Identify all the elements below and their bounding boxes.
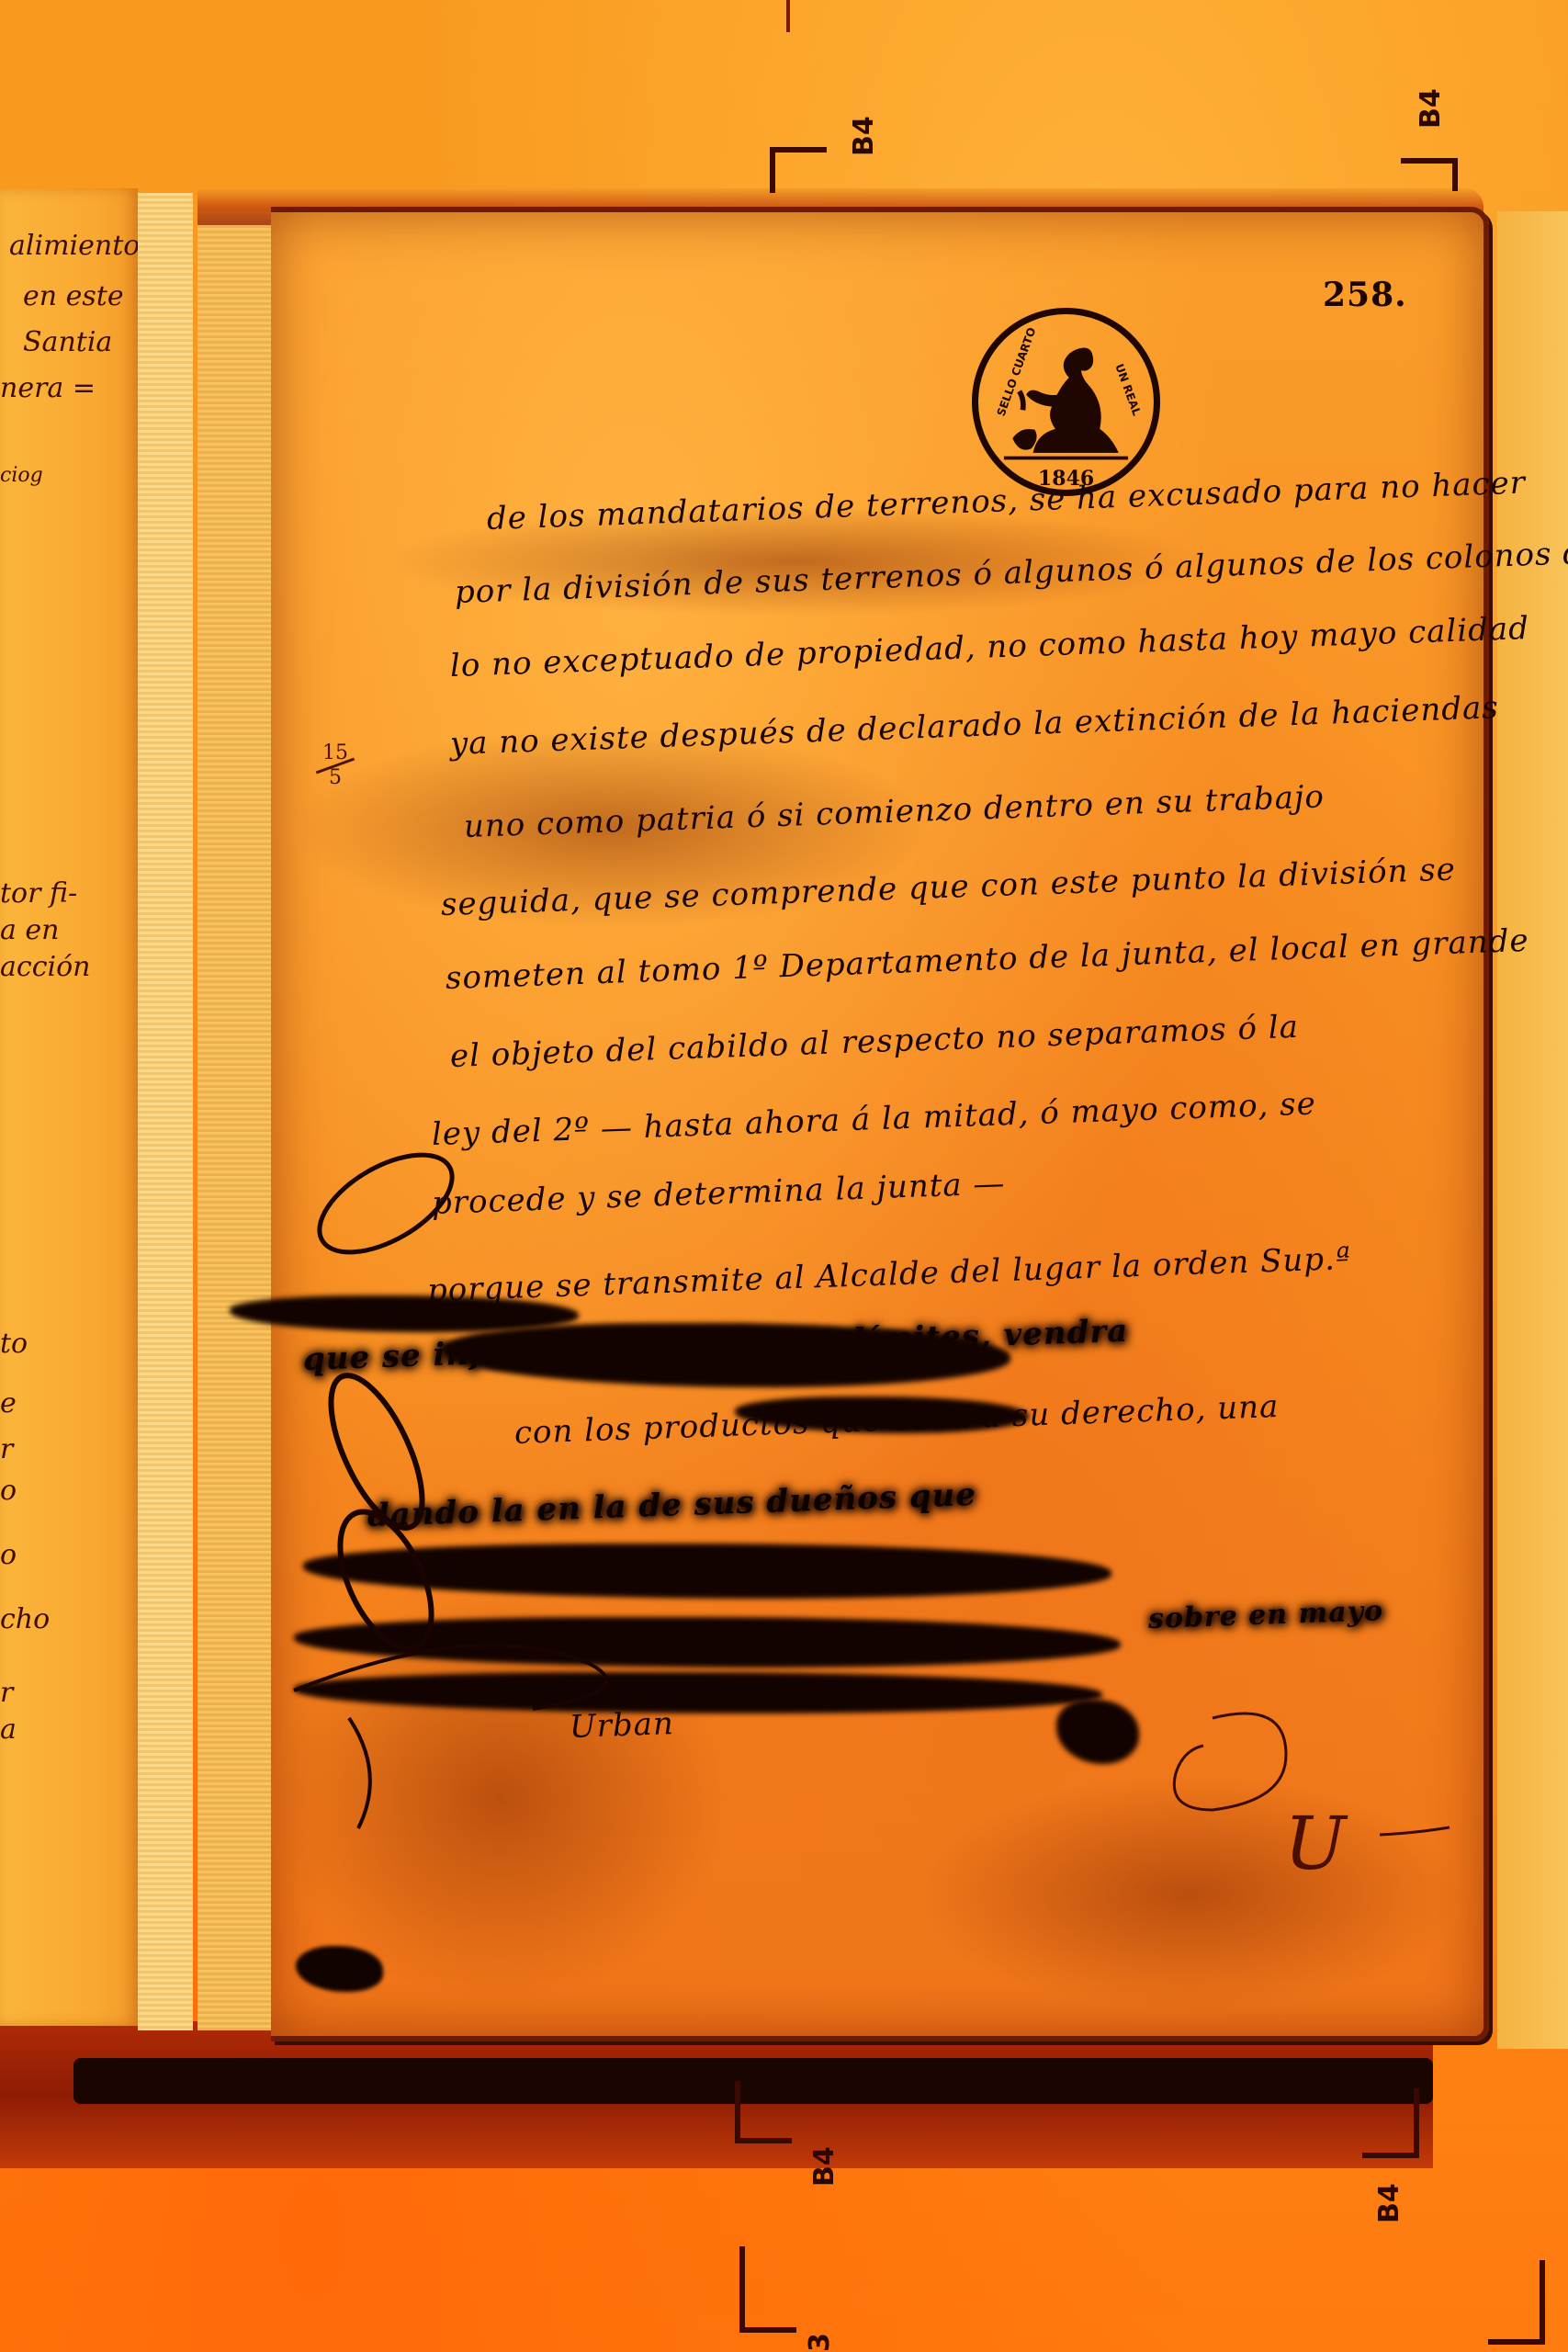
binding-tape bbox=[138, 193, 193, 2030]
left-page-line: nera = bbox=[0, 372, 96, 404]
left-page-line: alimiento bbox=[9, 230, 140, 262]
initial-tail-icon bbox=[1378, 1824, 1451, 1842]
margin-initial: U bbox=[1284, 1801, 1346, 1886]
margin-fraction: 15 5 bbox=[317, 742, 354, 789]
signature-flourish-icon bbox=[276, 1139, 735, 1874]
crop-label: B4 bbox=[1373, 2183, 1405, 2223]
left-page-line: o bbox=[0, 1539, 17, 1571]
binding-tape-inner bbox=[197, 211, 271, 2030]
left-page-line: o bbox=[0, 1475, 17, 1507]
crop-label: 3 bbox=[804, 2333, 836, 2352]
seated-figure-icon: SELLO CUARTO UN REAL bbox=[978, 314, 1154, 490]
left-page-line: en este bbox=[23, 280, 124, 312]
folio-number: 258. bbox=[1323, 276, 1407, 314]
svg-text:SELLO CUARTO: SELLO CUARTO bbox=[995, 326, 1039, 418]
left-page-line: r bbox=[0, 1433, 13, 1465]
book-bottom-edge bbox=[73, 2058, 1433, 2104]
top-ruler-tick bbox=[786, 0, 790, 32]
left-facing-page: alimiento en este Santia nera = ciog tor… bbox=[0, 188, 138, 2026]
left-page-line: a bbox=[0, 1713, 17, 1746]
left-page-line: ciog bbox=[0, 464, 43, 487]
left-page-line: tor fi- bbox=[0, 877, 77, 910]
left-page-line: a en bbox=[0, 914, 60, 946]
left-page-line: e bbox=[0, 1387, 17, 1419]
fraction-denominator: 5 bbox=[329, 766, 342, 789]
left-page-line: to bbox=[0, 1328, 28, 1360]
crop-label: B4 bbox=[1415, 88, 1447, 129]
left-page-line: Santia bbox=[23, 326, 112, 358]
svg-text:UN REAL: UN REAL bbox=[1112, 362, 1143, 417]
left-page-line: cho bbox=[0, 1603, 50, 1635]
crop-label: B4 bbox=[848, 116, 880, 156]
left-page-line: acción bbox=[0, 951, 90, 983]
left-page-line: r bbox=[0, 1677, 13, 1709]
book-shadow bbox=[0, 2021, 1433, 2168]
crop-label: B4 bbox=[808, 2146, 840, 2187]
